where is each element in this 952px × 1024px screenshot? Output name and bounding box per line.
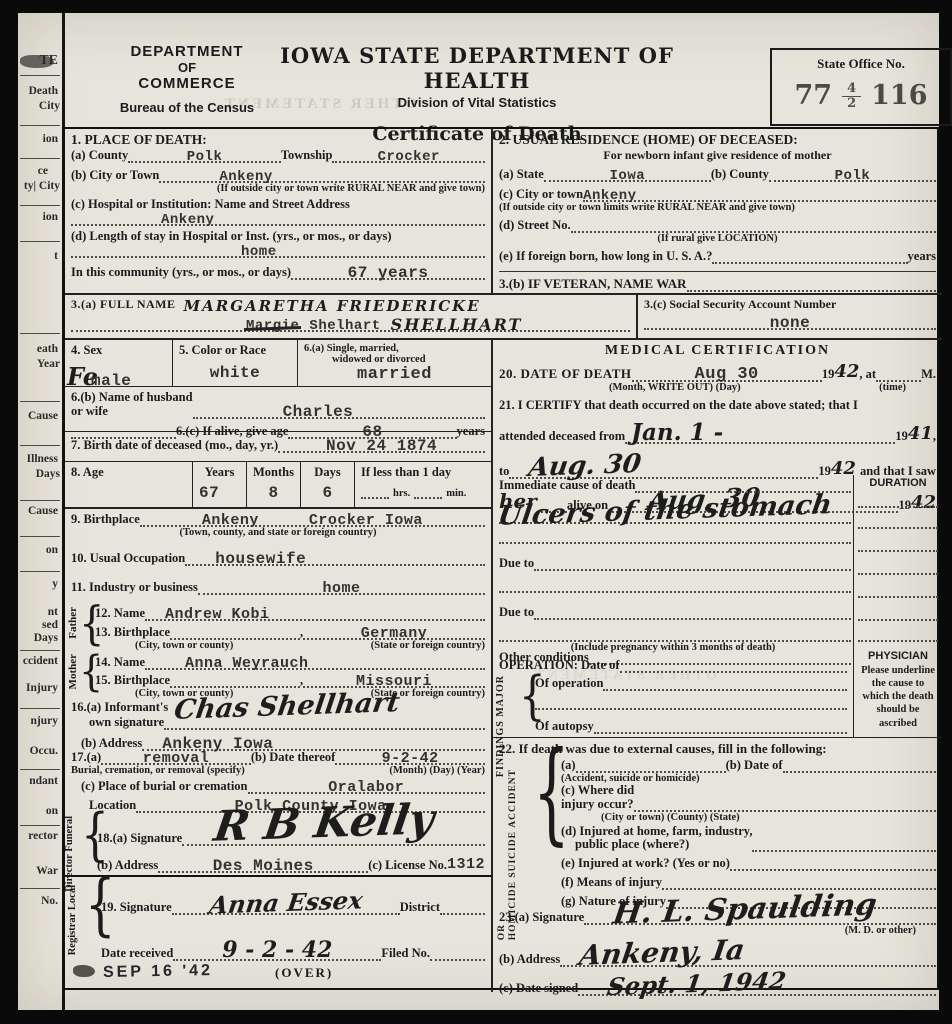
father-name-field: Andrew Kobi bbox=[145, 606, 485, 621]
burial-notes-line: Burial, cremation, or removal (specify) … bbox=[71, 765, 485, 776]
dod-at: , at bbox=[859, 367, 876, 382]
days-header: Days bbox=[307, 465, 348, 480]
community-field: 67 years bbox=[291, 264, 485, 280]
res-city-note: (If outside city or town limits write RU… bbox=[499, 202, 936, 213]
strip-fragment: Cause bbox=[28, 505, 58, 517]
funeral-director-brace: { bbox=[81, 807, 109, 864]
res-city-field: Ankeny bbox=[583, 188, 936, 202]
funeral-director-signature: R B Kelly bbox=[211, 794, 437, 851]
accident-d-line: (d) Injured at home, farm, industry,publ… bbox=[561, 825, 936, 853]
occupation-value: housewife bbox=[215, 550, 306, 568]
of-autopsy-line: Of autopsy bbox=[535, 719, 847, 734]
occupation-field: housewife bbox=[185, 550, 485, 566]
state-label: (a) State bbox=[499, 167, 544, 182]
state-office-box: State Office No. 77 42 116 bbox=[770, 48, 952, 126]
county-label: (a) County bbox=[71, 148, 128, 163]
strip-fragment: Cause bbox=[28, 410, 58, 422]
strip-fragment: ce bbox=[38, 165, 48, 177]
accident-c-line: (c) Where didinjury occur? bbox=[561, 784, 936, 812]
accident-b-field bbox=[783, 763, 936, 773]
dod-time-field bbox=[876, 372, 921, 382]
days-value: 6 bbox=[307, 484, 348, 502]
occupation-line: 10. Usual Occupation housewife bbox=[71, 550, 485, 566]
due2-line: Due to bbox=[499, 605, 851, 620]
strip-fragment: Death bbox=[29, 85, 58, 97]
due2-field bbox=[534, 610, 851, 620]
accident-a-field bbox=[576, 763, 726, 773]
strip-fragment: ty| City bbox=[24, 180, 60, 192]
strip-fragment: Illness bbox=[27, 453, 58, 465]
dod-field: Aug 30 bbox=[632, 365, 822, 382]
cause-value-line: Ulcers of the stomach bbox=[499, 495, 851, 524]
due1-label: Due to bbox=[499, 556, 534, 571]
informant-label2: own signature bbox=[71, 715, 164, 730]
years-value: 67 bbox=[199, 484, 240, 502]
dod-note: (Month, WRITE OUT) (Day) bbox=[609, 382, 741, 393]
strip-fragment: njury bbox=[31, 715, 58, 727]
mother-name-line: 14. Name Anna Weyrauch bbox=[95, 655, 485, 670]
strip-fragment: Injury bbox=[26, 682, 58, 694]
received-date-stamp: SEP 16 '42 bbox=[103, 962, 213, 982]
scanned-death-certificate: TE Death City ion ce ty| City ion t eath… bbox=[0, 0, 952, 1024]
handwritten-surname: SHELLHART bbox=[391, 315, 523, 334]
strip-divider bbox=[20, 241, 60, 242]
burial-type-note: Burial, cremation, or removal (specify) bbox=[71, 765, 245, 776]
strip-fragment: ndant bbox=[29, 775, 58, 787]
hospital-label: (c) Hospital or Institution: Name and St… bbox=[71, 197, 485, 212]
birthplace-line: 9. Birthplace Ankeny Crocker Iowa bbox=[71, 512, 485, 527]
years-header: Years bbox=[199, 465, 240, 480]
fd-sig-label: 18.(a) Signature bbox=[97, 831, 182, 846]
county-field: Polk bbox=[128, 149, 281, 163]
birthplace-field: Ankeny Crocker Iowa bbox=[140, 512, 485, 527]
duration-line bbox=[858, 621, 938, 642]
accident-e-field bbox=[730, 861, 936, 871]
strip-fragment: ion bbox=[43, 133, 58, 145]
cell-sex: 4. Sex Female bbox=[65, 340, 173, 387]
community-value: 67 years bbox=[348, 264, 429, 282]
accident-brace: { bbox=[533, 737, 570, 847]
father-bp-note1: (City, town or county) bbox=[95, 640, 233, 651]
community-line: In this community (yrs., or mos., or day… bbox=[71, 264, 485, 280]
registrar-brace: { bbox=[85, 871, 116, 938]
father-name-value: Andrew Kobi bbox=[165, 606, 270, 623]
certify2-year: 41 bbox=[908, 423, 933, 444]
cause-label: Immediate cause of death bbox=[499, 478, 635, 493]
section-birthdate: 7. Birth date of deceased (mo., day, yr.… bbox=[65, 432, 493, 462]
burial-place-value: Oralabor bbox=[328, 779, 404, 796]
strip-fragment: eath bbox=[37, 343, 58, 355]
cell-age-less: If less than 1 day hrs. min. bbox=[355, 462, 493, 509]
min-label: min. bbox=[446, 488, 466, 499]
birthdate-field: Nov 24 1874 bbox=[278, 437, 485, 453]
certify2-end: , bbox=[933, 429, 936, 444]
strip-divider bbox=[20, 333, 60, 334]
section-father: Father { 12. Name Andrew Kobi 13. Birthp… bbox=[65, 603, 493, 652]
date-signed-line: (c) Date signed Sept. 1, 1942 bbox=[499, 969, 936, 996]
certificate-body: DEPARTMENT OF COMMERCE Bureau of the Cen… bbox=[62, 13, 939, 1010]
registrar-sig-line: 19. Signature Anna Essex District bbox=[101, 888, 485, 915]
over-label: (OVER) bbox=[275, 965, 333, 981]
industry-label: 11. Industry or business bbox=[71, 580, 198, 595]
state-office-label: State Office No. bbox=[772, 56, 950, 72]
duration-header: DURATION bbox=[858, 477, 938, 489]
physician-addr-label: (b) Address bbox=[499, 952, 560, 967]
accident-a-line: (a) (b) Date of bbox=[561, 758, 936, 773]
burial-date-note: (Month) (Day) (Year) bbox=[389, 765, 485, 776]
strip-fragment: Days bbox=[34, 632, 58, 644]
strip-fragment: War bbox=[36, 865, 58, 877]
race-label: 5. Color or Race bbox=[179, 343, 291, 358]
strip-fragment: Occu. bbox=[30, 745, 58, 757]
strip-divider bbox=[20, 401, 60, 402]
city-field: Ankeny bbox=[159, 169, 485, 183]
less-than-day-header: If less than 1 day bbox=[361, 465, 485, 480]
age-label: 8. Age bbox=[71, 465, 186, 480]
physician-sig-label: 23.(a) Signature bbox=[499, 910, 584, 925]
industry-value: home bbox=[322, 580, 360, 597]
section-spouse: 6.(b) Name of husbandor wife Charles 6.(… bbox=[65, 387, 493, 432]
res-county-value: Polk bbox=[835, 168, 871, 184]
mother-name-value: Anna Weyrauch bbox=[185, 655, 309, 672]
res-county-label: (b) County bbox=[711, 167, 769, 182]
spouse-line: 6.(b) Name of husbandor wife Charles bbox=[71, 390, 485, 419]
cell-age-days: Days 6 bbox=[301, 462, 355, 509]
street-note: (If rural give LOCATION) bbox=[499, 233, 936, 244]
strip-fragment: sed bbox=[42, 619, 58, 631]
section-accident: OR HOMICIDE SUICIDE ACCIDENT { (a) (b) D… bbox=[493, 755, 942, 883]
section-causes: Immediate cause of death Ulcers of the s… bbox=[493, 475, 853, 639]
father-bp-note2: (State or foreign country) bbox=[371, 640, 485, 651]
full-name-line2: Margie Shelhart SHELLHART bbox=[71, 315, 630, 332]
res-city-label: (c) City or town bbox=[499, 187, 583, 202]
duration-column: DURATION PHYSICIAN Please underline the … bbox=[853, 475, 942, 737]
county-line: (a) County Polk Township Crocker bbox=[71, 148, 485, 163]
ssn-label: 3.(c) Social Security Account Number bbox=[644, 297, 936, 312]
father-bp-label: 13. Birthplace bbox=[95, 625, 170, 640]
duration-line bbox=[858, 552, 938, 575]
section-pregnancy-operation: (Include pregnancy within 3 months of de… bbox=[493, 639, 853, 655]
adjacent-form-strip: TE Death City ion ce ty| City ion t eath… bbox=[18, 13, 65, 1010]
strip-fragment: nt bbox=[48, 606, 58, 618]
community-label: In this community (yrs., or mos., or day… bbox=[71, 265, 291, 280]
strip-divider bbox=[20, 125, 60, 126]
strip-divider bbox=[20, 769, 60, 770]
county-value: Polk bbox=[187, 149, 223, 165]
father-bp-notes: (City, town or county) (State or foreign… bbox=[95, 640, 485, 651]
burial-date-field: 9-2-42 bbox=[335, 750, 485, 765]
dod-year-print: 19 bbox=[822, 367, 835, 382]
industry-field: home bbox=[198, 580, 485, 595]
registrar-side-label: Registrar Local bbox=[67, 885, 79, 955]
state-value: Iowa bbox=[610, 168, 646, 184]
city-line: (b) City or Town Ankeny bbox=[71, 168, 485, 183]
section-stamp-row: SEP 16 '42 (OVER) bbox=[65, 957, 493, 992]
dod-label: 20. DATE OF DEATH bbox=[499, 366, 632, 382]
father-side-label: Father bbox=[67, 607, 79, 639]
cell-race: 5. Color or Race white bbox=[173, 340, 298, 387]
certificate-paper: TE Death City ion ce ty| City ion t eath… bbox=[18, 13, 939, 1010]
accident-d-field bbox=[752, 842, 936, 852]
time-note: (time) bbox=[879, 382, 906, 393]
physician-sig-line: 23.(a) Signature H. L. Spaulding bbox=[499, 892, 936, 925]
page-title: IOWA STATE DEPARTMENT OF HEALTH bbox=[237, 43, 717, 93]
certify-line2: attended deceased from Jan. 1 - 1941, bbox=[499, 419, 936, 444]
ssn-line: none bbox=[644, 314, 936, 330]
mother-birthplace-line: 15. Birthplace , Missouri bbox=[95, 673, 485, 688]
section-funeral-director: Director Funeral { R B Kelly 18.(a) Sign… bbox=[65, 812, 493, 877]
blank-dot-line bbox=[499, 534, 851, 544]
fd-addr-field: Des Moines bbox=[158, 857, 368, 873]
birthplace-note: (Town, county, and state or foreign coun… bbox=[71, 527, 485, 538]
certify2-pre: attended deceased from bbox=[499, 429, 625, 444]
street-line: (d) Street No. bbox=[499, 218, 936, 233]
mother-name-field: Anna Weyrauch bbox=[145, 655, 485, 670]
duration-line bbox=[858, 575, 938, 598]
office-no-left: 77 bbox=[795, 80, 833, 111]
date-signed-label: (c) Date signed bbox=[499, 981, 578, 996]
accident-c-note: (City or town) (County) (State) bbox=[561, 812, 936, 823]
ssn-value: none bbox=[770, 314, 810, 332]
strip-divider bbox=[20, 650, 60, 651]
foreign-field bbox=[712, 254, 907, 264]
res-city-line: (c) City or town Ankeny bbox=[499, 187, 936, 202]
accident-e-line: (e) Injured at work? (Yes or no) bbox=[561, 856, 936, 871]
veteran-label: 3.(b) IF VETERAN, NAME WAR bbox=[499, 276, 687, 292]
state-office-number: 77 42 116 bbox=[772, 80, 950, 111]
mother-bp-city-field bbox=[170, 678, 300, 688]
ssn-field: none bbox=[644, 314, 936, 330]
sex-label: 4. Sex bbox=[71, 343, 166, 358]
spouse-label: 6.(b) Name of husbandor wife bbox=[71, 390, 193, 419]
typed-surname: Shelhart bbox=[309, 318, 380, 334]
hospital-value: Ankeny bbox=[161, 212, 214, 228]
office-no-right: 116 bbox=[871, 80, 927, 111]
stay-label: (d) Length of stay in Hospital or Inst. … bbox=[71, 229, 485, 244]
section-place-of-death: 1. PLACE OF DEATH: (a) County Polk Towns… bbox=[65, 129, 493, 295]
full-name-line1: 3.(a) FULL NAME MARGARETHA FRIEDERICKE bbox=[71, 297, 630, 315]
marital-label2: widowed or divorced bbox=[304, 354, 485, 365]
district-label: District bbox=[400, 900, 440, 915]
strip-fragment: Year bbox=[37, 358, 60, 370]
date-signed-field: Sept. 1, 1942 bbox=[578, 969, 936, 996]
foreign-suffix: years bbox=[908, 249, 936, 264]
hospital-line: Ankeny bbox=[71, 212, 485, 226]
section-informant: 16.(a) Informant's Chas Shellhart own si… bbox=[65, 697, 493, 747]
duration-line bbox=[858, 508, 938, 529]
strip-divider bbox=[20, 500, 60, 501]
hrs-min-line: hrs. min. bbox=[361, 488, 485, 499]
strip-divider bbox=[20, 445, 60, 446]
fd-license-value: 1312 bbox=[447, 856, 485, 873]
medical-heading-row: MEDICAL CERTIFICATION bbox=[493, 340, 942, 358]
father-birthplace-line: 13. Birthplace , Germany bbox=[95, 625, 485, 640]
marital-label1: 6.(a) Single, married, bbox=[304, 343, 485, 354]
duration-line bbox=[858, 529, 938, 552]
father-name-line: 12. Name Andrew Kobi bbox=[95, 606, 485, 621]
township-label: Township bbox=[281, 148, 333, 163]
physician-addr-line: (b) Address Ankeny, Ia bbox=[499, 936, 936, 967]
dod-m: M. bbox=[921, 367, 936, 382]
accident-d-label: (d) Injured at home, farm, industry,publ… bbox=[561, 825, 752, 853]
spouse-field: Charles bbox=[193, 403, 485, 419]
physician-addr-field: Ankeny, Ia bbox=[560, 936, 936, 967]
section-usual-residence: 2. USUAL RESIDENCE (HOME) OF DECEASED: F… bbox=[493, 129, 942, 295]
hrs-label: hrs. bbox=[393, 488, 410, 499]
section-full-name: 3.(a) FULL NAME MARGARETHA FRIEDERICKE M… bbox=[65, 295, 638, 340]
burial-type-field: removal bbox=[101, 750, 251, 765]
of-autopsy-field bbox=[594, 724, 847, 734]
strip-fragment: City bbox=[39, 100, 60, 112]
due1-line: Due to bbox=[499, 556, 851, 571]
cause-value: Ulcers of the stomach bbox=[496, 489, 834, 532]
foreign-line: (e) If foreign born, how long in U. S. A… bbox=[499, 249, 936, 264]
cause-field: Ulcers of the stomach bbox=[499, 495, 851, 524]
physician-label: PHYSICIAN bbox=[858, 650, 938, 662]
section-local-registrar: Registrar Local { 19. Signature Anna Ess… bbox=[65, 877, 493, 957]
due1-field bbox=[534, 561, 851, 571]
cell-age-label: 8. Age bbox=[65, 462, 193, 509]
strip-fragment: y bbox=[52, 578, 58, 590]
medical-heading: MEDICAL CERTIFICATION bbox=[605, 343, 830, 358]
strip-fragment: ion bbox=[43, 211, 58, 223]
burial-num: 17.(a) bbox=[71, 750, 101, 765]
mother-bp-label: 15. Birthplace bbox=[95, 673, 170, 688]
section-industry: 11. Industry or business home bbox=[65, 577, 493, 603]
fd-address-line: (b) Address Des Moines (c) License No. 1… bbox=[97, 856, 485, 873]
registrar-sig-field: Anna Essex bbox=[172, 888, 400, 915]
section-birthplace: 9. Birthplace Ankeny Crocker Iowa (Town,… bbox=[65, 509, 493, 547]
burial-place-line: (c) Place of burial or cremation Oralabo… bbox=[71, 779, 485, 794]
burial-place-field: Oralabor bbox=[248, 779, 485, 794]
burial-type-line: 17.(a) removal (b) Date thereof 9-2-42 bbox=[71, 750, 485, 765]
accident-b-label: (b) Date of bbox=[726, 758, 783, 773]
strip-fragment: on bbox=[46, 805, 58, 817]
full-name-field: Margie Shelhart SHELLHART bbox=[71, 315, 630, 332]
strip-divider bbox=[20, 205, 60, 206]
full-name-handwritten: MARGARETHA FRIEDERICKE bbox=[184, 297, 481, 315]
hrs-field bbox=[361, 489, 389, 499]
stay-value: home bbox=[241, 244, 277, 260]
strip-fragment: t bbox=[54, 250, 58, 262]
dod-notes: (Month, WRITE OUT) (Day) (time) bbox=[499, 382, 936, 393]
certify-line1: 21. I CERTIFY that death occurred on the… bbox=[499, 398, 936, 413]
fd-license-label: (c) License No. bbox=[368, 858, 447, 873]
leader bbox=[535, 700, 847, 710]
cell-marital: 6.(a) Single, married, widowed or divorc… bbox=[298, 340, 493, 387]
mother-bp-field: Missouri bbox=[303, 673, 485, 688]
section-ssn: 3.(c) Social Security Account Number non… bbox=[638, 295, 942, 340]
res-county-field: Polk bbox=[769, 168, 936, 182]
strip-divider bbox=[20, 158, 60, 159]
birthdate-label: 7. Birth date of deceased (mo., day, yr.… bbox=[71, 438, 278, 453]
underline-instruction: Please underline the cause to which the … bbox=[858, 664, 938, 730]
mother-side-label: Mother bbox=[67, 654, 79, 689]
fd-addr-value: Des Moines bbox=[213, 857, 314, 875]
residence-subheading: For newborn infant give residence of mot… bbox=[499, 148, 936, 163]
section-physician-signature: 23.(a) Signature H. L. Spaulding (M. D. … bbox=[493, 883, 942, 992]
section-date-of-death: 20. DATE OF DEATH Aug 30 1942 , at M. (M… bbox=[493, 358, 942, 395]
registrar-signature: Anna Essex bbox=[207, 885, 364, 919]
marital-value: married bbox=[304, 365, 485, 384]
birthplace-label: 9. Birthplace bbox=[71, 512, 140, 527]
city-note: (If outside city or town write RURAL NEA… bbox=[71, 183, 485, 194]
residence-heading: 2. USUAL RESIDENCE (HOME) OF DECEASED: bbox=[499, 132, 936, 148]
township-field: Crocker bbox=[332, 149, 485, 163]
office-no-fraction: 42 bbox=[842, 82, 861, 110]
leader bbox=[499, 583, 851, 593]
months-value: 8 bbox=[253, 484, 294, 502]
cell-age-months: Months 8 bbox=[247, 462, 301, 509]
burial-date-label: (b) Date thereof bbox=[251, 750, 335, 765]
section-mother: Mother { 14. Name Anna Weyrauch 15. Birt… bbox=[65, 652, 493, 697]
months-header: Months bbox=[253, 465, 294, 480]
street-field bbox=[571, 223, 936, 233]
certify2-field: Jan. 1 - bbox=[625, 419, 895, 444]
mother-brace: { bbox=[79, 650, 103, 692]
strip-fragment: ccident bbox=[23, 655, 58, 667]
state-field: Iowa bbox=[544, 168, 711, 182]
industry-line: 11. Industry or business home bbox=[71, 580, 485, 595]
duration-line bbox=[858, 598, 938, 621]
state-line: (a) State Iowa (b) County Polk bbox=[499, 167, 936, 182]
spouse-value: Charles bbox=[283, 403, 354, 421]
cell-age-years: Years 67 bbox=[193, 462, 247, 509]
strip-divider bbox=[20, 888, 60, 889]
strip-divider bbox=[20, 708, 60, 709]
city-label: (b) City or Town bbox=[71, 168, 159, 183]
pregnancy-note: (Include pregnancy within 3 months of de… bbox=[499, 642, 847, 653]
leader bbox=[499, 534, 851, 544]
duration-line bbox=[858, 489, 938, 508]
form-grid: 1. PLACE OF DEATH: (a) County Polk Towns… bbox=[62, 127, 939, 990]
race-value: white bbox=[179, 364, 291, 382]
father-bp-city-field bbox=[170, 630, 300, 640]
bleed-through-text-2: OTHER STATEMENT bbox=[532, 668, 717, 684]
stamp-mark bbox=[73, 965, 95, 977]
strip-fragment: No. bbox=[41, 895, 58, 907]
strip-fragment: rector bbox=[28, 830, 58, 842]
stay-field: home bbox=[71, 244, 485, 258]
father-bp-field: Germany bbox=[303, 625, 485, 640]
struck-name: Margie bbox=[246, 318, 299, 334]
physician-signature: H. L. Spaulding bbox=[611, 887, 879, 931]
certify2-hw: Jan. 1 - bbox=[631, 419, 723, 446]
stay-line: home bbox=[71, 244, 485, 258]
section-certify: 21. I CERTIFY that death occurred on the… bbox=[493, 395, 942, 475]
strip-divider bbox=[20, 825, 60, 826]
strip-fragment: TE bbox=[39, 53, 58, 69]
veteran-field bbox=[687, 282, 936, 292]
strip-fragment: Days bbox=[36, 468, 60, 480]
strip-fragment: on bbox=[46, 544, 58, 556]
blank-dot-line2 bbox=[499, 583, 851, 593]
foreign-label: (e) If foreign born, how long in U. S. A… bbox=[499, 249, 712, 264]
strip-divider bbox=[20, 571, 60, 572]
place-of-death-heading: 1. PLACE OF DEATH: bbox=[71, 132, 485, 148]
veteran-line: 3.(b) IF VETERAN, NAME WAR bbox=[499, 271, 936, 292]
due2-label: Due to bbox=[499, 605, 534, 620]
strip-divider bbox=[20, 536, 60, 537]
bleed-through-text: OTHER STATEMENT bbox=[222, 96, 417, 113]
father-brace: { bbox=[79, 601, 104, 647]
physician-addr-value: Ankeny, Ia bbox=[577, 933, 747, 972]
accident-c-label: (c) Where didinjury occur? bbox=[561, 784, 634, 812]
date-signed-value: Sept. 1, 1942 bbox=[606, 966, 788, 1001]
certify2-19: 19 bbox=[895, 429, 908, 444]
hospital-field: Ankeny bbox=[71, 212, 485, 226]
dod-line: 20. DATE OF DEATH Aug 30 1942 , at M. bbox=[499, 361, 936, 382]
